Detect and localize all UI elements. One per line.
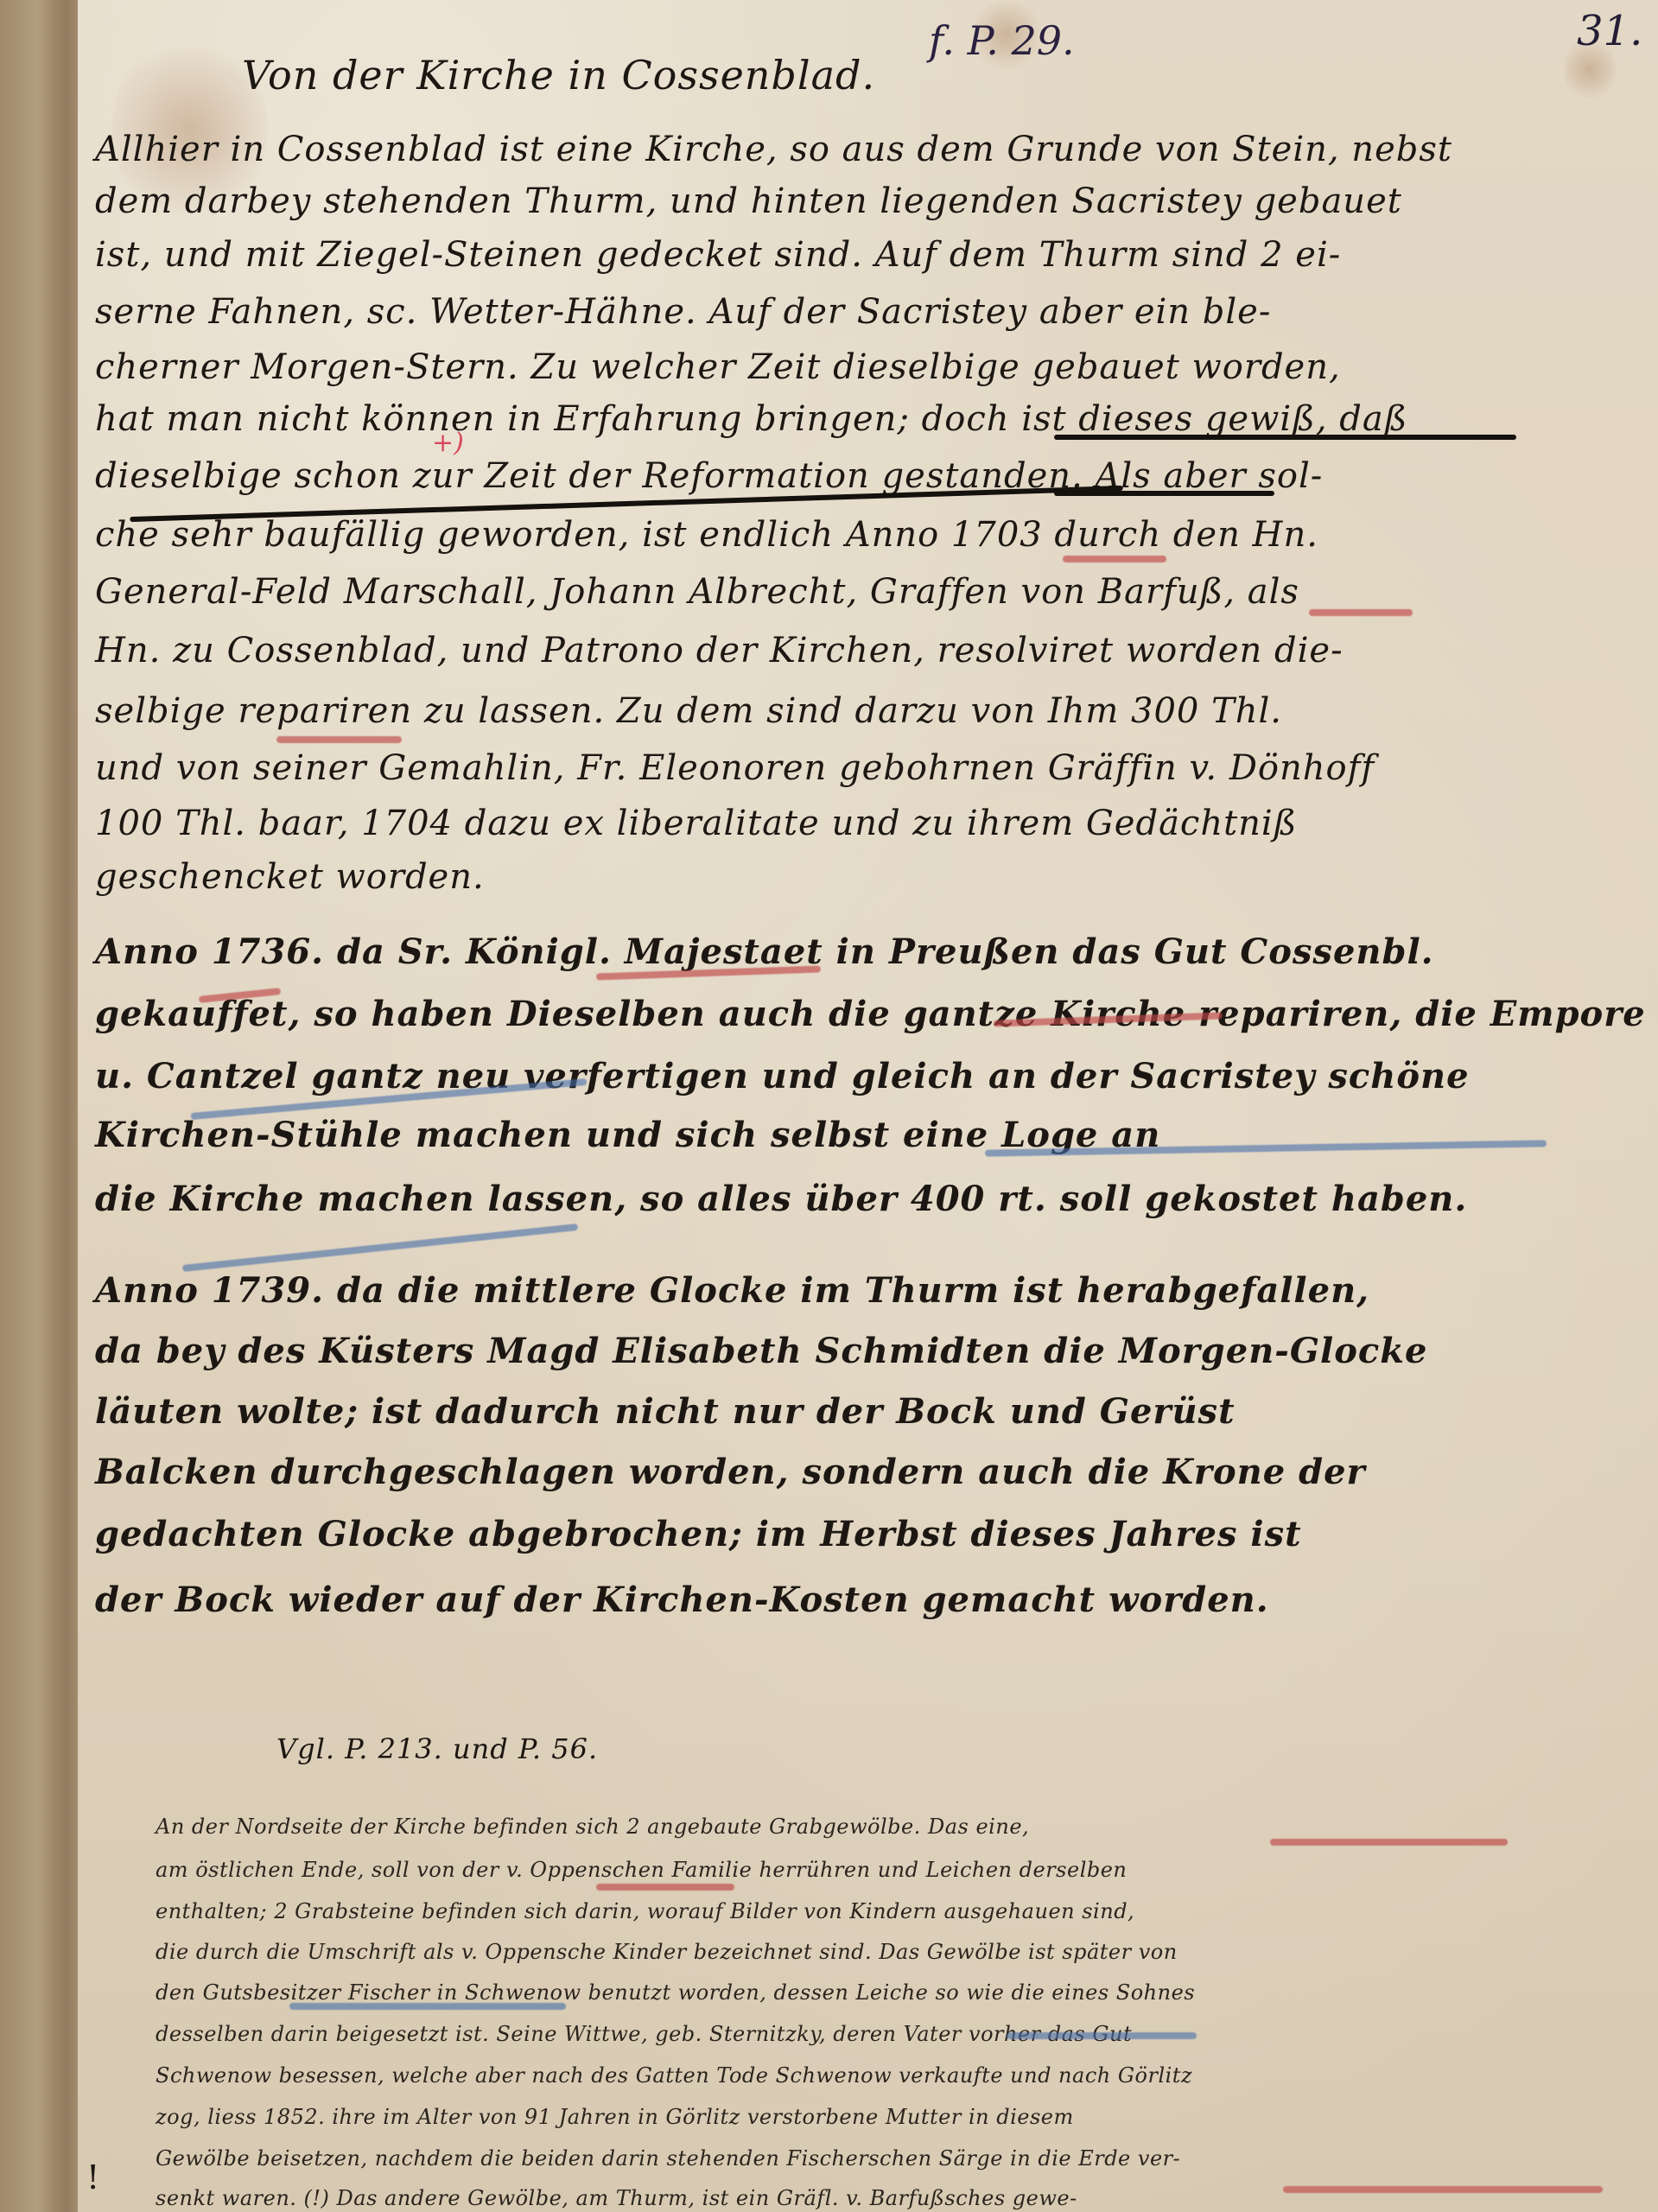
- text-line: und von seiner Gemahlin, Fr. Eleonoren g…: [95, 748, 1375, 788]
- text-line: hat man nicht können in Erfahrung bringe…: [95, 399, 1407, 439]
- red-pencil-underline: [276, 736, 402, 743]
- page-number: 31.: [1577, 7, 1642, 55]
- ink-underline: [1054, 491, 1274, 496]
- text-line: der Bock wieder auf der Kirchen-Kosten g…: [95, 1580, 1269, 1620]
- text-line: dem darbey stehenden Thurm, und hinten l…: [95, 181, 1402, 221]
- text-line: cherner Morgen-Stern. Zu welcher Zeit di…: [95, 347, 1341, 387]
- text-line: Balcken durchgeschlagen worden, sondern …: [95, 1452, 1366, 1492]
- book-photo: f. P. 29. 31. Von der Kirche in Cossenbl…: [0, 0, 1658, 2212]
- text-line: geschencket worden.: [95, 857, 485, 897]
- text-line: gekauffet, so haben Dieselben auch die g…: [95, 994, 1646, 1034]
- text-line: senkt waren. (!) Das andere Gewölbe, am …: [156, 2186, 1077, 2210]
- text-line: den Gutsbesitzer Fischer in Schwenow ben…: [156, 1980, 1195, 2005]
- blue-pencil-underline: [1007, 2032, 1197, 2039]
- text-line: läuten wolte; ist dadurch nicht nur der …: [95, 1391, 1236, 1432]
- text-line: Anno 1736. da Sr. Königl. Majestaet in P…: [95, 931, 1434, 972]
- text-line: Gewölbe beisetzen, nachdem die beiden da…: [156, 2146, 1180, 2171]
- text-line: Schwenow besessen, welche aber nach des …: [156, 2063, 1192, 2088]
- text-line: da bey des Küsters Magd Elisabeth Schmid…: [95, 1331, 1427, 1371]
- red-pencil-underline: [1309, 609, 1413, 616]
- text-line: selbige repariren zu lassen. Zu dem sind…: [95, 691, 1282, 731]
- text-line: Hn. zu Cossenblad, und Patrono der Kirch…: [95, 631, 1344, 671]
- cross-reference-mark: f. P. 29.: [929, 17, 1075, 64]
- text-line: die Kirche machen lassen, so alles über …: [95, 1179, 1467, 1219]
- blue-pencil-underline: [182, 1224, 578, 1272]
- text-line: Allhier in Cossenblad ist eine Kirche, s…: [95, 130, 1452, 169]
- text-line: zog, liess 1852. ihre im Alter von 91 Ja…: [156, 2105, 1074, 2129]
- red-pencil-underline: [1063, 556, 1166, 563]
- text-line: u. Cantzel gantz neu verfertigen und gle…: [95, 1056, 1470, 1096]
- manuscript-page: f. P. 29. 31. Von der Kirche in Cossenbl…: [78, 0, 1658, 2212]
- text-line: serne Fahnen, sc. Wetter-Hähne. Auf der …: [95, 292, 1271, 332]
- text-line: ist, und mit Ziegel-Steinen gedecket sin…: [95, 235, 1341, 275]
- text-line: enthalten; 2 Grabsteine befinden sich da…: [156, 1899, 1134, 1923]
- red-pencil-underline: [1283, 2186, 1603, 2193]
- text-line: che sehr baufällig geworden, ist endlich…: [95, 515, 1318, 555]
- text-line: General-Feld Marschall, Johann Albrecht,…: [95, 572, 1299, 612]
- ink-underline: [1054, 435, 1516, 440]
- text-line: An der Nordseite der Kirche befinden sic…: [156, 1815, 1029, 1839]
- text-line: 100 Thl. baar, 1704 dazu ex liberalitate…: [95, 804, 1297, 843]
- text-line: die durch die Umschrift als v. Oppensche…: [156, 1940, 1178, 1964]
- red-pencil-underline: [596, 1884, 734, 1891]
- page-title: Von der Kirche in Cossenblad.: [242, 52, 875, 99]
- cross-reference: Vgl. P. 213. und P. 56.: [276, 1732, 598, 1765]
- blue-pencil-underline: [289, 2003, 566, 2010]
- text-line: desselben darin beigesetzt ist. Seine Wi…: [156, 2022, 1132, 2046]
- text-line: Anno 1739. da die mittlere Glocke im Thu…: [95, 1270, 1369, 1311]
- margin-exclamation-mark: !: [86, 2158, 99, 2196]
- text-line: gedachten Glocke abgebrochen; im Herbst …: [95, 1514, 1302, 1554]
- red-pencil-underline: [1270, 1839, 1508, 1846]
- text-line: am östlichen Ende, soll von der v. Oppen…: [156, 1858, 1127, 1882]
- pink-marginal-mark: +): [432, 428, 464, 458]
